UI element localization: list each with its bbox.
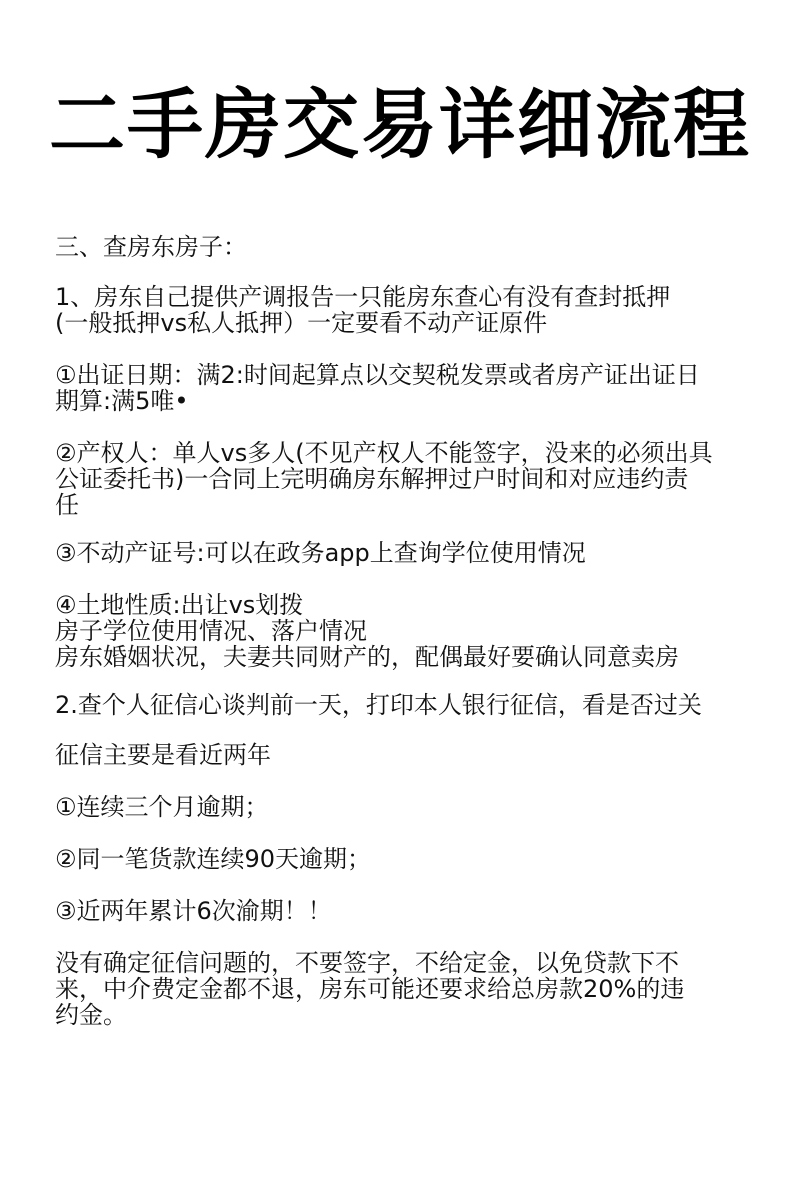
text-line: ①连续三个月逾期； xyxy=(55,794,775,820)
text-line: (一般抵押vs私人抵押）一定要看不动产证原件 xyxy=(55,310,775,336)
text-line: 约金。 xyxy=(55,1002,775,1028)
text-line: 征信主要是看近两年 xyxy=(55,742,775,768)
section-heading-check-landlord-house: 三、查房东房子： xyxy=(55,234,775,260)
paragraph-certificate-date: ①出证日期：满2:时间起算点以交契税发票或者房产证出证日 期算:满5唯• xyxy=(55,362,775,414)
text-line: 任 xyxy=(55,492,775,518)
paragraph-land-nature: ④土地性质:出让vs划拨 房子学位使用情况、落户情况 房东婚姻状况，夫妻共同财产… xyxy=(55,592,775,670)
text-line: 没有确定征信问题的，不要签字，不给定金，以免贷款下不 xyxy=(55,950,775,976)
text-line: 房子学位使用情况、落户情况 xyxy=(55,618,775,644)
paragraph-property-certificate-number: ③不动产证号:可以在政务app上查询学位使用情况 xyxy=(55,540,775,566)
text-line: ③不动产证号:可以在政务app上查询学位使用情况 xyxy=(55,540,775,566)
paragraph-property-owner: ②产权人：单人vs多人(不见产权人不能签字，没来的必须出具 公证委托书)一合同上… xyxy=(55,440,775,518)
text-line: ③近两年累计6次渝期！！ xyxy=(55,898,775,924)
text-line: 三、查房东房子： xyxy=(55,234,775,260)
list-item-credit-2: ②同一笔货款连续90天逾期； xyxy=(55,846,775,872)
text-line: 1、房东自己提供产调报告一只能房东查心有没有查封抵押 xyxy=(55,284,775,310)
page-title: 二手房交易详细流程 xyxy=(0,80,800,170)
paragraph-check-credit: 2.查个人征信心谈判前一天，打印本人银行征信，看是否过关 xyxy=(55,692,775,718)
text-line: ①出证日期：满2:时间起算点以交契税发票或者房产证出证日 xyxy=(55,362,775,388)
text-line: 房东婚姻状况，夫妻共同财产的，配偶最好要确认同意卖房 xyxy=(55,644,775,670)
text-line: 2.查个人征信心谈判前一天，打印本人银行征信，看是否过关 xyxy=(55,692,775,718)
text-line: 来，中介费定金都不退，房东可能还要求给总房款20%的违 xyxy=(55,976,775,1002)
text-line: 期算:满5唯• xyxy=(55,388,775,414)
text-line: ④土地性质:出让vs划拨 xyxy=(55,592,775,618)
text-line: ②同一笔货款连续90天逾期； xyxy=(55,846,775,872)
paragraph-property-report: 1、房东自己提供产调报告一只能房东查心有没有查封抵押 (一般抵押vs私人抵押）一… xyxy=(55,284,775,336)
paragraph-warning: 没有确定征信问题的，不要签字，不给定金，以免贷款下不 来，中介费定金都不退，房东… xyxy=(55,950,775,1028)
list-item-credit-1: ①连续三个月逾期； xyxy=(55,794,775,820)
paragraph-credit-two-years: 征信主要是看近两年 xyxy=(55,742,775,768)
text-line: 公证委托书)一合同上完明确房东解押过户时间和对应违约责 xyxy=(55,466,775,492)
list-item-credit-3: ③近两年累计6次渝期！！ xyxy=(55,898,775,924)
text-line: ②产权人：单人vs多人(不见产权人不能签字，没来的必须出具 xyxy=(55,440,775,466)
